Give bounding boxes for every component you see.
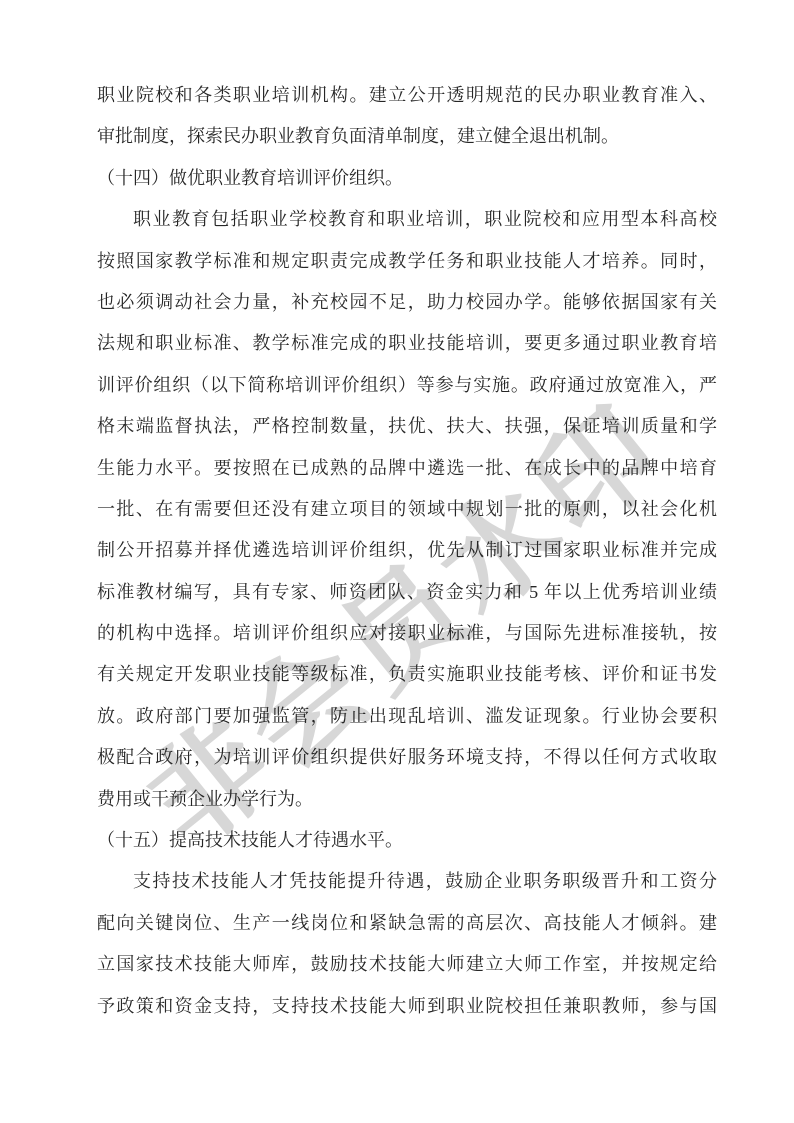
text-line: 支持技术技能人才凭技能提升待遇，鼓励企业职务职级晋升和工资分 [97, 861, 717, 902]
text-line: 予政策和资金支持，支持技术技能大师到职业院校担任兼职教师，参与国 [97, 986, 717, 1027]
text-line: 按照国家教学标准和规定职责完成教学任务和职业技能人才培养。同时， [97, 241, 717, 282]
text-line: 格末端监督执法，严格控制数量，扶优、扶大、扶强，保证培训质量和学 [97, 406, 717, 447]
section-heading-14: （十四）做优职业教育培训评价组织。 [97, 158, 717, 199]
text-line: 放。政府部门要加强监管，防止出现乱培训、滥发证现象。行业协会要积 [97, 696, 717, 737]
text-line: 职业院校和各类职业培训机构。建立公开透明规范的民办职业教育准入、 [97, 75, 717, 116]
text-line: 一批、在有需要但还没有建立项目的领域中规划一批的原则，以社会化机 [97, 489, 717, 530]
text-line: 审批制度，探索民办职业教育负面清单制度，建立健全退出机制。 [97, 116, 717, 157]
document-page: 非会员水印 职业院校和各类职业培训机构。建立公开透明规范的民办职业教育准入、 审… [0, 0, 794, 1123]
text-line: 职业教育包括职业学校教育和职业培训，职业院校和应用型本科高校 [97, 199, 717, 240]
text-line: 也必须调动社会力量，补充校园不足，助力校园办学。能够依据国家有关 [97, 282, 717, 323]
text-line: 费用或干预企业办学行为。 [97, 779, 717, 820]
text-line: 有关规定开发职业技能等级标准，负责实施职业技能考核、评价和证书发 [97, 654, 717, 695]
text-line: 极配合政府，为培训评价组织提供好服务环境支持，不得以任何方式收取 [97, 737, 717, 778]
section-heading-15: （十五）提高技术技能人才待遇水平。 [97, 820, 717, 861]
text-line: 配向关键岗位、生产一线岗位和紧缺急需的高层次、高技能人才倾斜。建 [97, 903, 717, 944]
document-text: 职业院校和各类职业培训机构。建立公开透明规范的民办职业教育准入、 审批制度，探索… [97, 75, 717, 1027]
text-line: 的机构中选择。培训评价组织应对接职业标准，与国际先进标准接轨，按 [97, 613, 717, 654]
text-line: 生能力水平。要按照在已成熟的品牌中遴选一批、在成长中的品牌中培育 [97, 448, 717, 489]
text-line: 立国家技术技能大师库，鼓励技术技能大师建立大师工作室，并按规定给 [97, 944, 717, 985]
text-line: 训评价组织（以下简称培训评价组织）等参与实施。政府通过放宽准入，严 [97, 365, 717, 406]
text-line: 制公开招募并择优遴选培训评价组织，优先从制订过国家职业标准并完成 [97, 530, 717, 571]
text-line: 法规和职业标准、教学标准完成的职业技能培训，要更多通过职业教育培 [97, 323, 717, 364]
text-line: 标准教材编写，具有专家、师资团队、资金实力和 5 年以上优秀培训业绩 [97, 572, 717, 613]
